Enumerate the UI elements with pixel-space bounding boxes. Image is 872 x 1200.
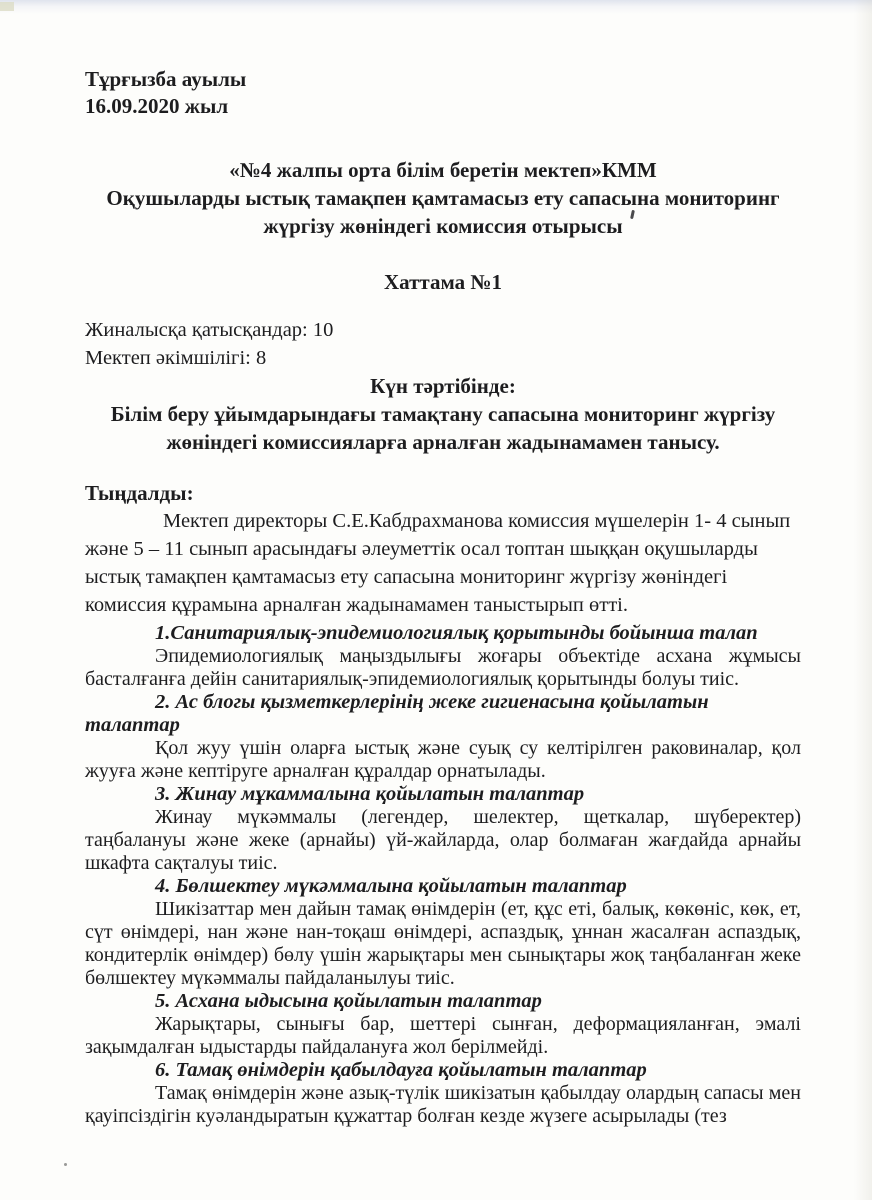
protocol-number: Хаттама №1 [85,268,801,296]
administration-line: Мектеп әкімшілігі: 8 [85,345,801,373]
section-4-heading: 4. Бөлшектеу мүкәммалына қойылатын талап… [85,875,801,898]
section-2-heading: 2. Ас блогы қызметкерлерінің жеке гигиен… [85,691,801,737]
attendees-block: Жиналысқа қатысқандар: 10 Мектеп әкімшіл… [85,317,801,372]
scanner-top-shadow [0,0,872,14]
section-1: 1.Санитариялық-эпидемиологиялық қорытынд… [85,622,801,691]
section-1-body: Эпидемиологиялық маңыздылығы жоғары объе… [85,645,801,691]
section-4: 4. Бөлшектеу мүкәммалына қойылатын талап… [85,875,801,990]
section-2-body: Қол жуу үшін оларға ыстық және суық су к… [85,737,801,783]
section-4-body: Шикізаттар мен дайын тамақ өнімдерін (ет… [85,898,801,990]
scanner-right-shade [854,0,872,1200]
section-6-body: Тамақ өнімдерін және азық-түлік шикізаты… [85,1082,801,1128]
requirement-sections: 1.Санитариялық-эпидемиологиялық қорытынд… [85,622,801,1128]
document-location: Тұрғызба ауылы [85,66,801,93]
section-5: 5. Асхана ыдысына қойылатын талаптар Жар… [85,990,801,1059]
document-title-block: «№4 жалпы орта білім беретін мектеп»КММ … [85,156,801,240]
agenda-text: Білім беру ұйымдарындағы тамақтану сапас… [85,400,801,456]
section-1-heading: 1.Санитариялық-эпидемиологиялық қорытынд… [85,622,801,645]
organization-title: «№4 жалпы орта білім беретін мектеп»КММ [85,156,801,184]
attendees-line: Жиналысқа қатысқандар: 10 [85,317,801,345]
agenda-heading: Күн тәртібінде: [85,372,801,400]
section-3-heading: 3. Жинау мұкаммалына қойылатын талаптар [85,783,801,806]
heard-paragraph: Мектеп директоры С.Е.Кабдрахманова комис… [85,507,801,619]
section-5-body: Жарықтары, сынығы бар, шеттері сынған, д… [85,1013,801,1059]
section-3-body: Жинау мүкәммалы (легендер, шелектер, щет… [85,806,801,875]
heard-heading: Тыңдалды: [85,479,801,507]
section-2: 2. Ас блогы қызметкерлерінің жеке гигиен… [85,691,801,783]
scan-corner-speck [0,2,14,11]
document-date: 16.09.2020 жыл [85,93,801,120]
section-5-heading: 5. Асхана ыдысына қойылатын талаптар [85,990,801,1013]
meeting-title: Оқушыларды ыстық тамақпен қамтамасыз ету… [85,184,801,240]
section-6-heading: 6. Тамақ өнімдерін қабылдауға қойылатын … [85,1059,801,1082]
section-3: 3. Жинау мұкаммалына қойылатын талаптар … [85,783,801,875]
scan-dot [64,1163,67,1166]
document-content: Тұрғызба ауылы 16.09.2020 жыл «№4 жалпы … [85,66,801,1128]
section-6: 6. Тамақ өнімдерін қабылдауға қойылатын … [85,1059,801,1128]
scanned-document-page: Тұрғызба ауылы 16.09.2020 жыл «№4 жалпы … [0,0,872,1200]
